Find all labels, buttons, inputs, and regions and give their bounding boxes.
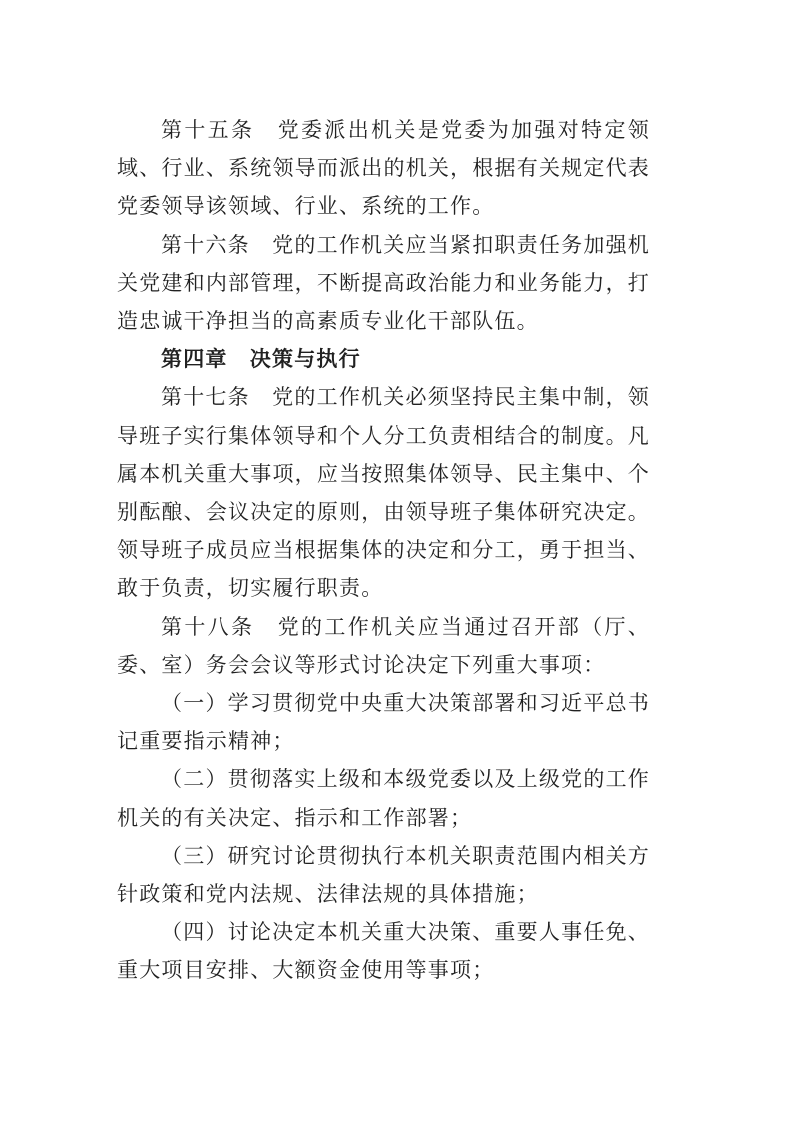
para-article-18: 第十八条 党的工作机关应当通过召开部（厅、委、室）务会会议等形式讨论决定下列重大…	[117, 608, 650, 684]
para-article-18-item-1: （一）学习贯彻党中央重大决策部署和习近平总书记重要指示精神；	[117, 684, 650, 760]
para-article-18-item-2: （二）贯彻落实上级和本级党委以及上级党的工作机关的有关决定、指示和工作部署；	[117, 760, 650, 836]
para-article-18-item-3: （三）研究讨论贯彻执行本机关职责范围内相关方针政策和党内法规、法律法规的具体措施…	[117, 837, 650, 913]
para-article-16: 第十六条 党的工作机关应当紧扣职责任务加强机关党建和内部管理，不断提高政治能力和…	[117, 226, 650, 341]
document-body: 第十五条 党委派出机关是党委为加强对特定领域、行业、系统领导而派出的机关，根据有…	[117, 111, 650, 990]
para-article-15: 第十五条 党委派出机关是党委为加强对特定领域、行业、系统领导而派出的机关，根据有…	[117, 111, 650, 226]
para-article-17: 第十七条 党的工作机关必须坚持民主集中制，领导班子实行集体领导和个人分工负责相结…	[117, 378, 650, 607]
para-article-18-item-4: （四）讨论决定本机关重大决策、重要人事任免、重大项目安排、大额资金使用等事项；	[117, 913, 650, 989]
chapter-4-heading: 第四章 决策与执行	[117, 340, 650, 378]
document-page: 第十五条 党委派出机关是党委为加强对特定领域、行业、系统领导而派出的机关，根据有…	[0, 0, 793, 1122]
